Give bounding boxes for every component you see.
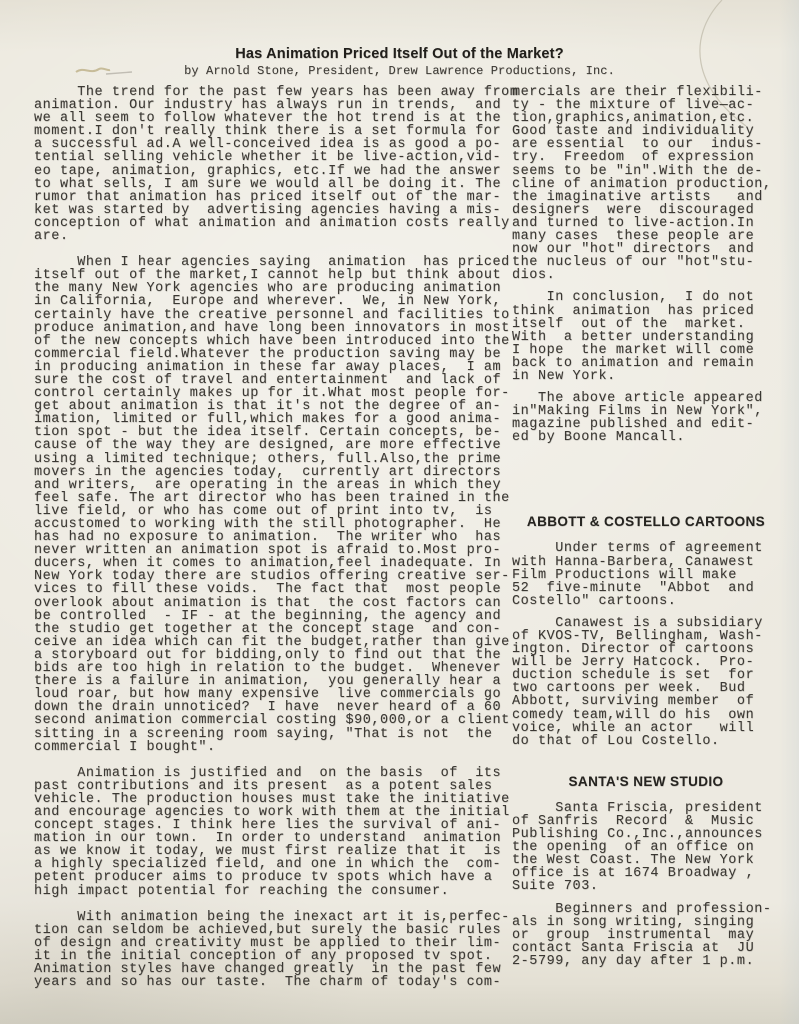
section-paragraph: Under terms of agreement with Hanna-Barb… bbox=[512, 542, 780, 607]
article-paragraph: Animation is justified and on the basis … bbox=[34, 767, 506, 898]
section-heading: SANTA'S NEW STUDIO bbox=[512, 774, 780, 789]
section-paragraph: Santa Friscia, president of Sanfris Reco… bbox=[512, 802, 780, 894]
section-heading: ABBOTT & COSTELLO CARTOONS bbox=[512, 514, 780, 529]
article-paragraph: The trend for the past few years has bee… bbox=[34, 86, 506, 243]
section-santas-new-studio: SANTA'S NEW STUDIO Santa Friscia, presid… bbox=[512, 774, 780, 968]
right-column: mercials are their flexibili- ty - the m… bbox=[512, 86, 780, 977]
left-column: The trend for the past few years has bee… bbox=[34, 86, 506, 1002]
scanned-newsletter-page: Has Animation Priced Itself Out of the M… bbox=[0, 0, 799, 1024]
article-title: Has Animation Priced Itself Out of the M… bbox=[0, 46, 799, 62]
section-paragraph: Canawest is a subsidiary of KVOS-TV, Bel… bbox=[512, 617, 780, 748]
article-paragraph: mercials are their flexibili- ty - the m… bbox=[512, 86, 780, 282]
article-byline: by Arnold Stone, President, Drew Lawrenc… bbox=[0, 64, 799, 78]
section-abbott-costello-cartoons: ABBOTT & COSTELLO CARTOONS Under terms o… bbox=[512, 514, 780, 747]
article-paragraph: The above article appeared in"Making Fil… bbox=[512, 392, 780, 444]
article-paragraph: When I hear agencies saying animation ha… bbox=[34, 256, 506, 754]
section-paragraph: Beginners and profession- als in song wr… bbox=[512, 903, 780, 968]
article-paragraph: In conclusion, I do not think animation … bbox=[512, 291, 780, 383]
article-paragraph: With animation being the inexact art it … bbox=[34, 911, 506, 990]
